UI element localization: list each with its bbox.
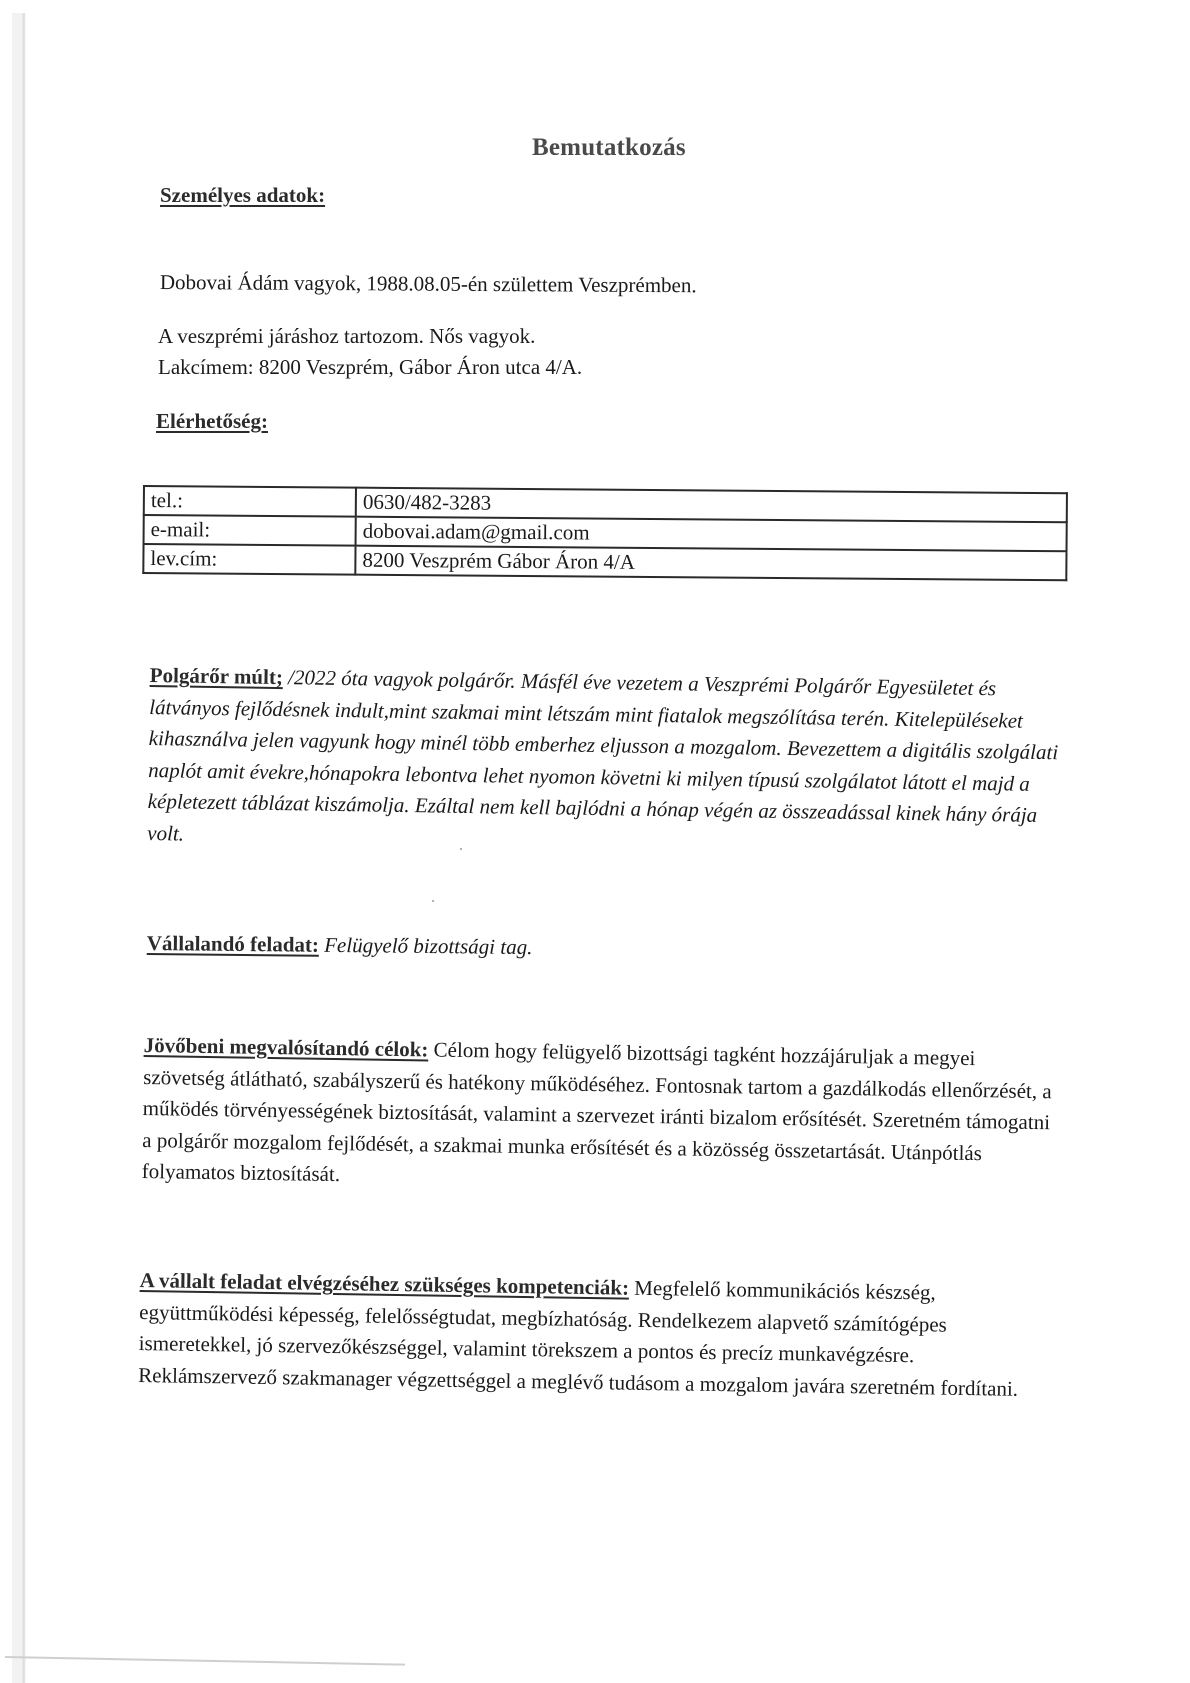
contact-heading: Elérhetőség: — [156, 409, 268, 434]
competencies-heading: A vállalt feladat elvégzéséhez szükséges… — [140, 1268, 630, 1300]
future-goals-heading: Jövőbeni megvalósítandó célok: — [144, 1033, 429, 1061]
personal-line-name-birth: Dobovai Ádám vagyok, 1988.08.05-én szüle… — [160, 270, 697, 298]
contact-table: tel.: 0630/482-3283 e-mail: dobovai.adam… — [142, 485, 1068, 581]
future-goals-text: Célom hogy felügyelő bizottsági tagként … — [142, 1037, 1052, 1186]
undertaken-task-heading: Vállalandó feladat: — [147, 931, 319, 957]
undertaken-task-section: Vállalandó feladat: Felügyelő bizottsági… — [147, 928, 1047, 969]
contact-value-postal: 8200 Veszprém Gábor Áron 4/A — [355, 546, 1066, 581]
competencies-section: A vállalt feladat elvégzéséhez szükséges… — [138, 1265, 1055, 1405]
contact-label: lev.cím: — [143, 544, 355, 575]
document-title: Bemutatkozás — [532, 134, 686, 162]
civil-guard-past-heading: Polgárőr múlt; — [150, 663, 284, 689]
contact-label: tel.: — [144, 486, 356, 517]
future-goals-section: Jövőbeni megvalósítandó célok: Célom hog… — [142, 1030, 1054, 1202]
personal-data-heading: Személyes adatok: — [160, 183, 325, 208]
scan-speck — [432, 900, 434, 902]
undertaken-task-text: Felügyelő bizottsági tag. — [319, 933, 533, 959]
personal-line-address: Lakcímem: 8200 Veszprém, Gábor Áron utca… — [158, 355, 582, 380]
document-page: Bemutatkozás Személyes adatok: Dobovai Á… — [0, 0, 1190, 1683]
contact-label: e-mail: — [144, 515, 356, 546]
scan-speck — [460, 848, 462, 850]
contact-row-postal: lev.cím: 8200 Veszprém Gábor Áron 4/A — [143, 544, 1066, 580]
civil-guard-past-text: /2022 óta vagyok polgárőr. Másfél éve ve… — [147, 665, 1058, 845]
personal-line-district: A veszprémi járáshoz tartozom. Nős vagyo… — [158, 324, 535, 349]
civil-guard-past-section: Polgárőr múlt; /2022 óta vagyok polgárőr… — [147, 660, 1075, 864]
